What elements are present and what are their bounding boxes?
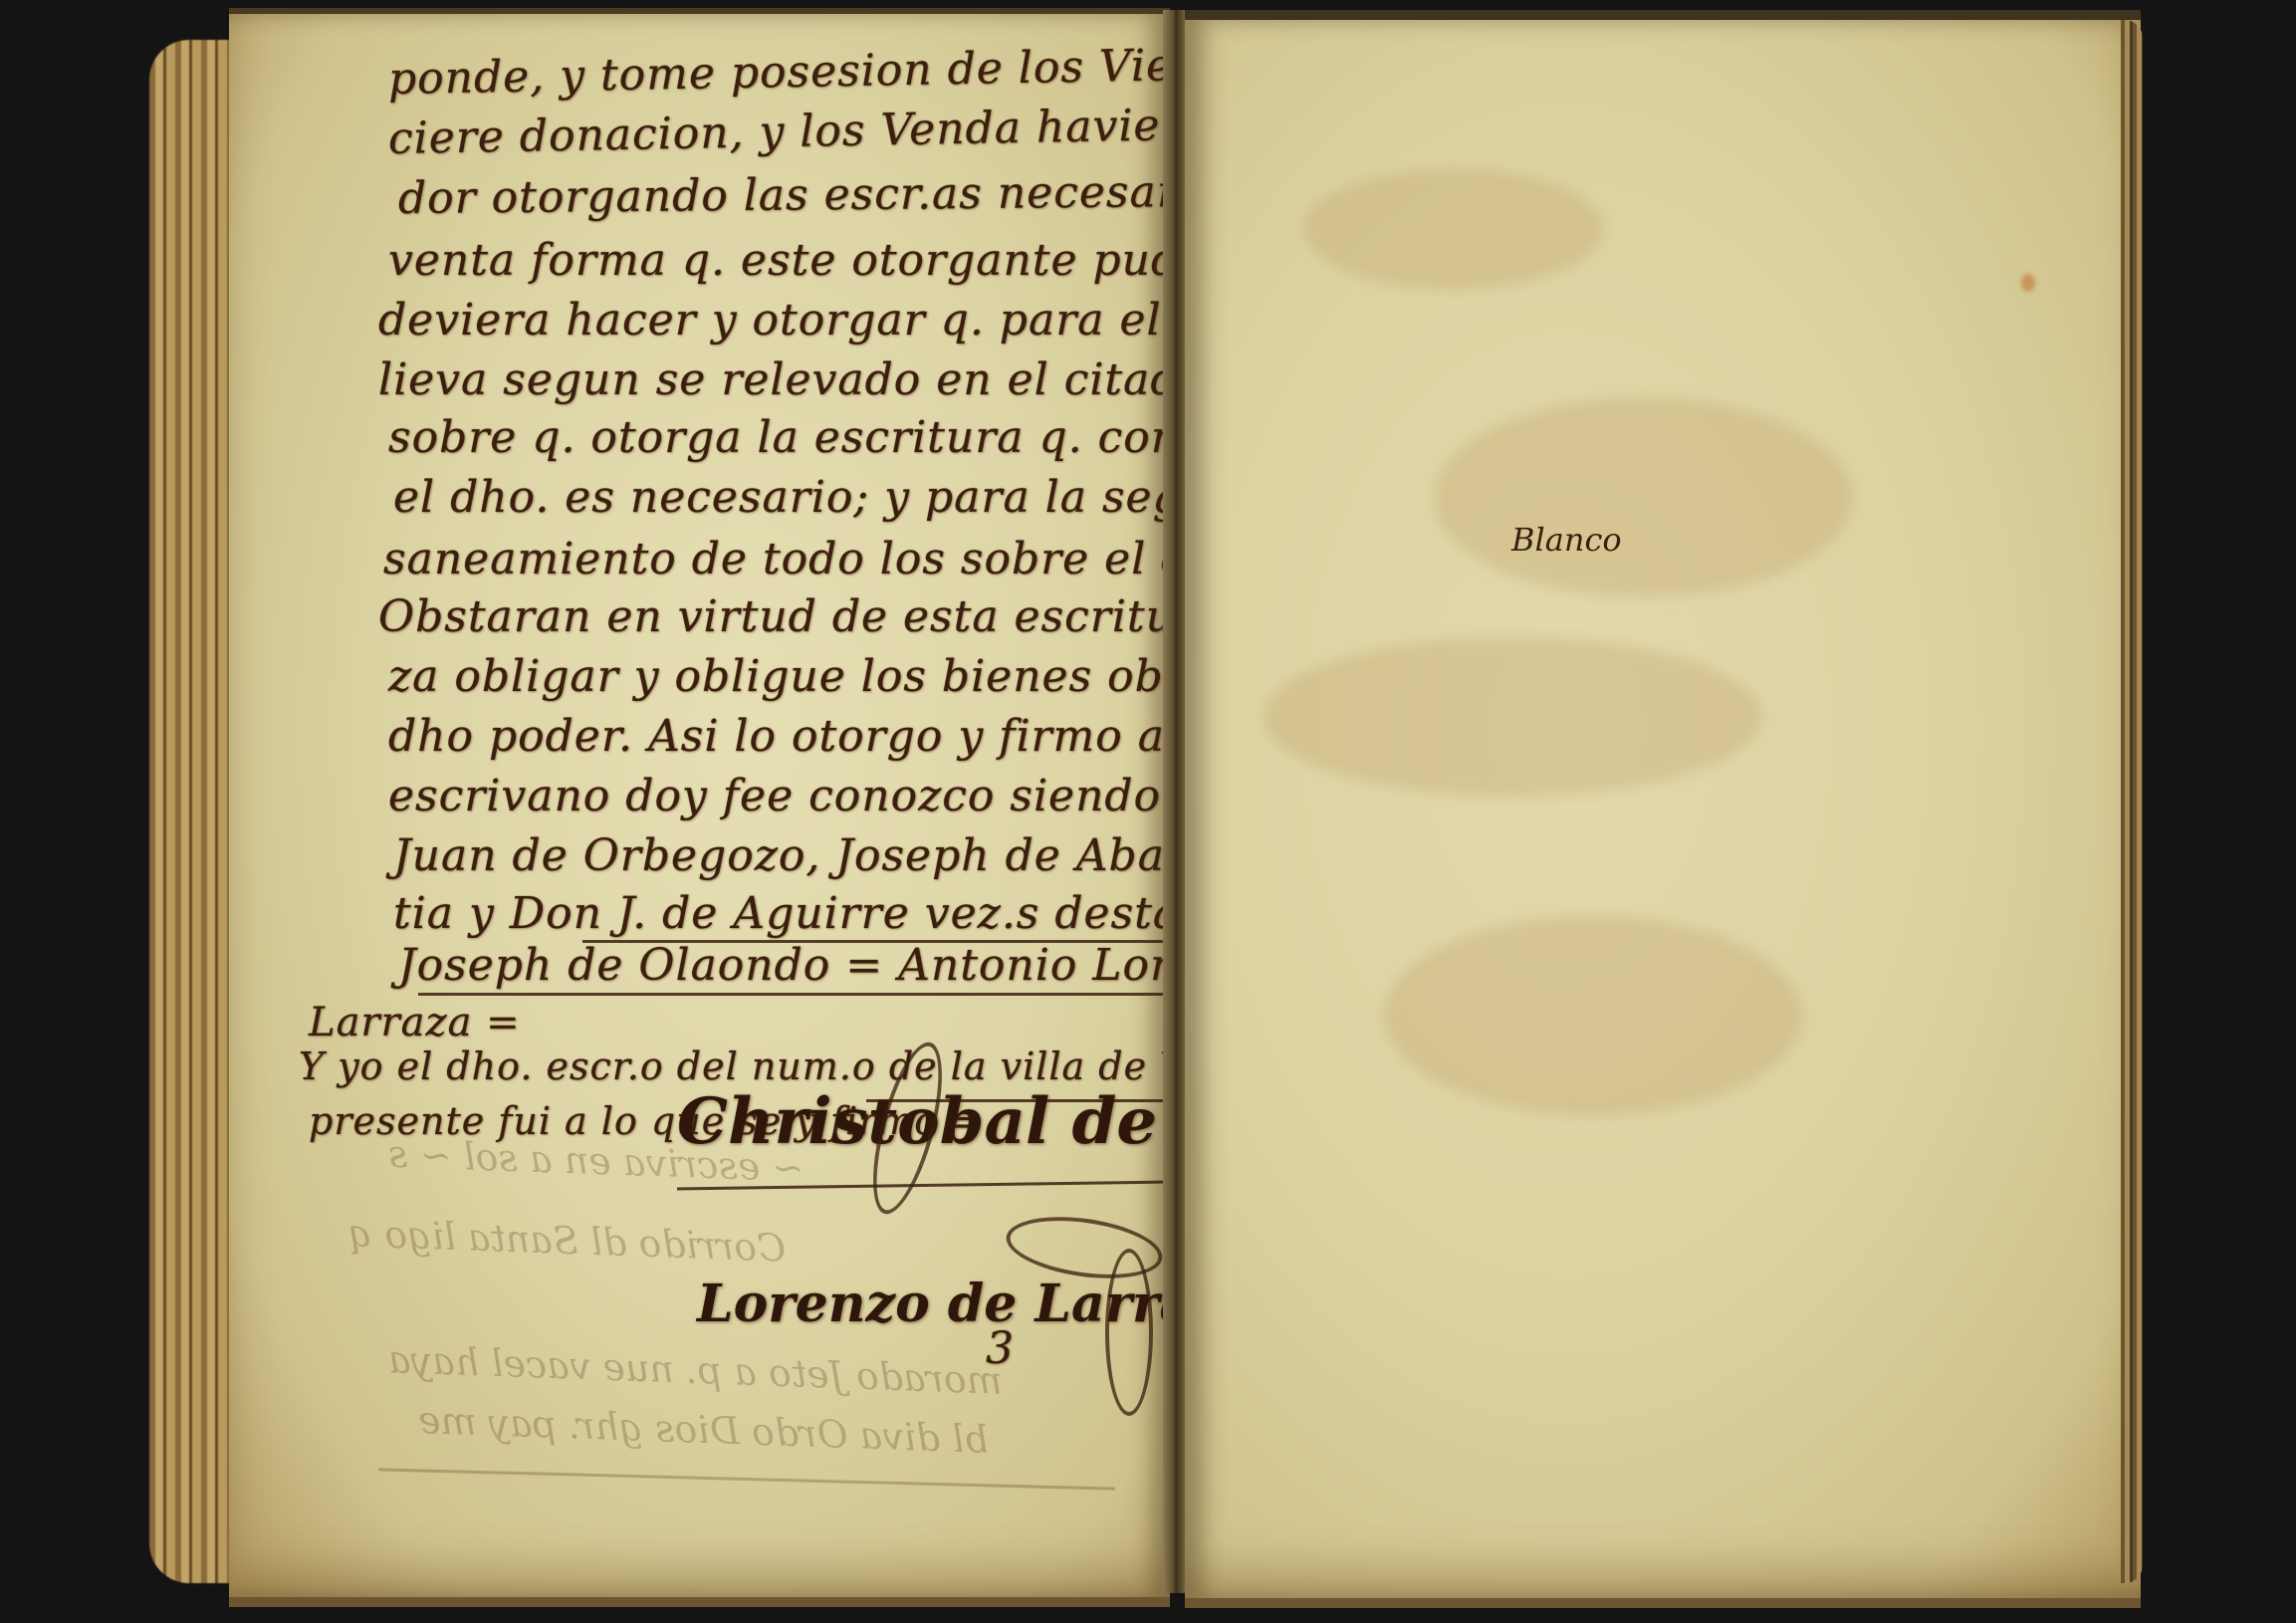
bleed-through-text: morado Jeto a p. nue vacel haya	[387, 1337, 1003, 1403]
bleed-stain	[1264, 637, 1762, 797]
faint-rule	[378, 1468, 1115, 1490]
ruled-line	[418, 993, 1170, 996]
manuscript-line: tia y Don J. de Aguirre vez.s desta vill…	[393, 888, 1292, 939]
spot-stain	[2021, 274, 2035, 292]
manuscript-line: Larraza =	[309, 1000, 521, 1045]
bleed-stain	[1384, 916, 1802, 1115]
margin-mark: 3	[986, 1323, 1015, 1374]
bleed-through-text: Corrido dl Santa ligo q	[347, 1211, 787, 1270]
blank-page-annotation: Blanco	[1511, 521, 1622, 559]
manuscript-line: Juan de Orbegozo, Joseph de Abarru-	[393, 830, 1254, 881]
right-page	[1185, 10, 2141, 1608]
manuscript-line: sobre q. otorga la escritura q. confiere	[388, 412, 1288, 463]
bleed-through-text: bl diva Ordo Dios ghr. pay me	[417, 1398, 989, 1462]
bleed-stain	[1434, 398, 1852, 597]
ruled-line	[582, 940, 1170, 943]
left-page: ~ escriva en a sol ~ s Corrido dl Santa …	[229, 8, 1170, 1607]
book-spine	[1163, 10, 1187, 1593]
bleed-stain	[1304, 169, 1603, 289]
book-spread: ~ escriva en a sol ~ s Corrido dl Santa …	[0, 0, 2296, 1623]
right-book-block-edges	[2121, 20, 2143, 1583]
